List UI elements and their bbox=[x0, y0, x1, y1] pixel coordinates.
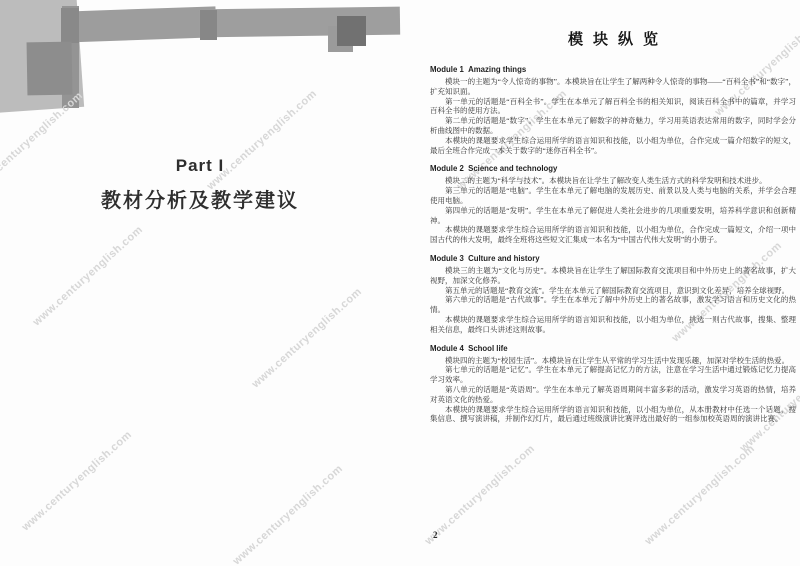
watermark-text: www.centuryenglish.com bbox=[231, 463, 345, 566]
right-page: 模块纵览 Module 1 Amazing things 模块一的主题为“令人惊… bbox=[430, 28, 796, 424]
watermark-text: www.centuryenglish.com bbox=[20, 429, 134, 534]
module-4-paragraph: 模块四的主题为“校园生活”。本模块旨在让学生从平常的学习生活中发现乐趣，加深对学… bbox=[430, 356, 796, 366]
module-4-heading: Module 4 School life bbox=[430, 344, 796, 353]
left-page: Part I 教材分析及教学建议 bbox=[0, 156, 400, 213]
module-1-paragraph: 本模块的课题要求学生综合运用所学的语言知识和技能，以小组为单位，合作完成一篇介绍… bbox=[430, 136, 796, 156]
watermark-text: www.centuryenglish.com bbox=[250, 286, 364, 391]
module-4-paragraph: 第八单元的话题是“英语周”。学生在本单元了解英语周期间丰富多彩的活动，激发学习英… bbox=[430, 385, 796, 405]
deco-overlap-mid bbox=[200, 10, 217, 40]
deco-square-left-dark bbox=[27, 42, 73, 96]
watermark-text: www.centuryenglish.com bbox=[423, 443, 537, 548]
module-4-paragraph: 第七单元的话题是“记忆”。学生在本单元了解提高记忆力的方法，注意在学习生活中通过… bbox=[430, 365, 796, 385]
deco-overlap-left bbox=[61, 8, 79, 43]
page-number: 2 bbox=[433, 530, 438, 540]
watermark-text: www.centuryenglish.com bbox=[643, 443, 757, 548]
module-2-paragraph: 第四单元的话题是“发明”。学生在本单元了解促进人类社会进步的几项重要发明，培养科… bbox=[430, 206, 796, 226]
module-2-paragraph: 本模块的课题要求学生综合运用所学的语言知识和技能，以小组为单位，合作完成一篇短文… bbox=[430, 225, 796, 245]
module-3-paragraph: 模块三的主题为“文化与历史”。本模块旨在让学生了解国际教育交流项目和中外历史上的… bbox=[430, 266, 796, 286]
deco-bar-left bbox=[62, 6, 217, 42]
module-2-section: Module 2 Science and technology 模块二的主题为“… bbox=[430, 164, 796, 245]
module-2-paragraph: 模块二的主题为“科学与技术”。本模块旨在让学生了解改变人类生活方式的科学发明和技… bbox=[430, 176, 796, 186]
module-3-heading: Module 3 Culture and history bbox=[430, 254, 796, 263]
module-2-heading: Module 2 Science and technology bbox=[430, 164, 796, 173]
module-3-paragraph: 本模块的课题要求学生综合运用所学的语言知识和技能，以小组为单位，挑选一则古代故事… bbox=[430, 315, 796, 335]
deco-square-dark bbox=[337, 16, 366, 46]
module-1-paragraph: 第一单元的话题是“百科全书”。学生在本单元了解百科全书的相关知识，阅读百科全书中… bbox=[430, 97, 796, 117]
part-label: Part I bbox=[0, 156, 400, 176]
watermark-text: www.centuryenglish.com bbox=[31, 224, 145, 329]
module-1-heading: Module 1 Amazing things bbox=[430, 65, 796, 74]
book-spread: www.centuryenglish.com www.centuryenglis… bbox=[0, 0, 800, 566]
module-1-paragraph: 第二单元的话题是“数字”。学生在本单元了解数字的神奇魅力，学习用英语表达常用的数… bbox=[430, 116, 796, 136]
module-1-section: Module 1 Amazing things 模块一的主题为“令人惊奇的事物”… bbox=[430, 65, 796, 155]
module-4-paragraph: 本模块的课题要求学生综合运用所学的语言知识和技能，以小组为单位，从本册教材中任选… bbox=[430, 405, 796, 425]
part-title: 教材分析及教学建议 bbox=[0, 184, 400, 213]
module-4-section: Module 4 School life 模块四的主题为“校园生活”。本模块旨在… bbox=[430, 344, 796, 425]
module-3-paragraph: 第六单元的话题是“古代故事”。学生在本单元了解中外历史上的著名故事，激发学习语言… bbox=[430, 295, 796, 315]
page-title: 模块纵览 bbox=[430, 28, 796, 49]
module-1-paragraph: 模块一的主题为“令人惊奇的事物”。本模块旨在让学生了解两种令人惊奇的事物——“百… bbox=[430, 77, 796, 97]
module-3-section: Module 3 Culture and history 模块三的主题为“文化与… bbox=[430, 254, 796, 335]
deco-bar-right bbox=[199, 7, 400, 38]
module-2-paragraph: 第三单元的话题是“电脑”。学生在本单元了解电脑的发展历史、前景以及人类与电脑的关… bbox=[430, 186, 796, 206]
module-3-paragraph: 第五单元的话题是“教育交流”。学生在本单元了解国际教育交流项目，意识到文化差异，… bbox=[430, 286, 796, 296]
